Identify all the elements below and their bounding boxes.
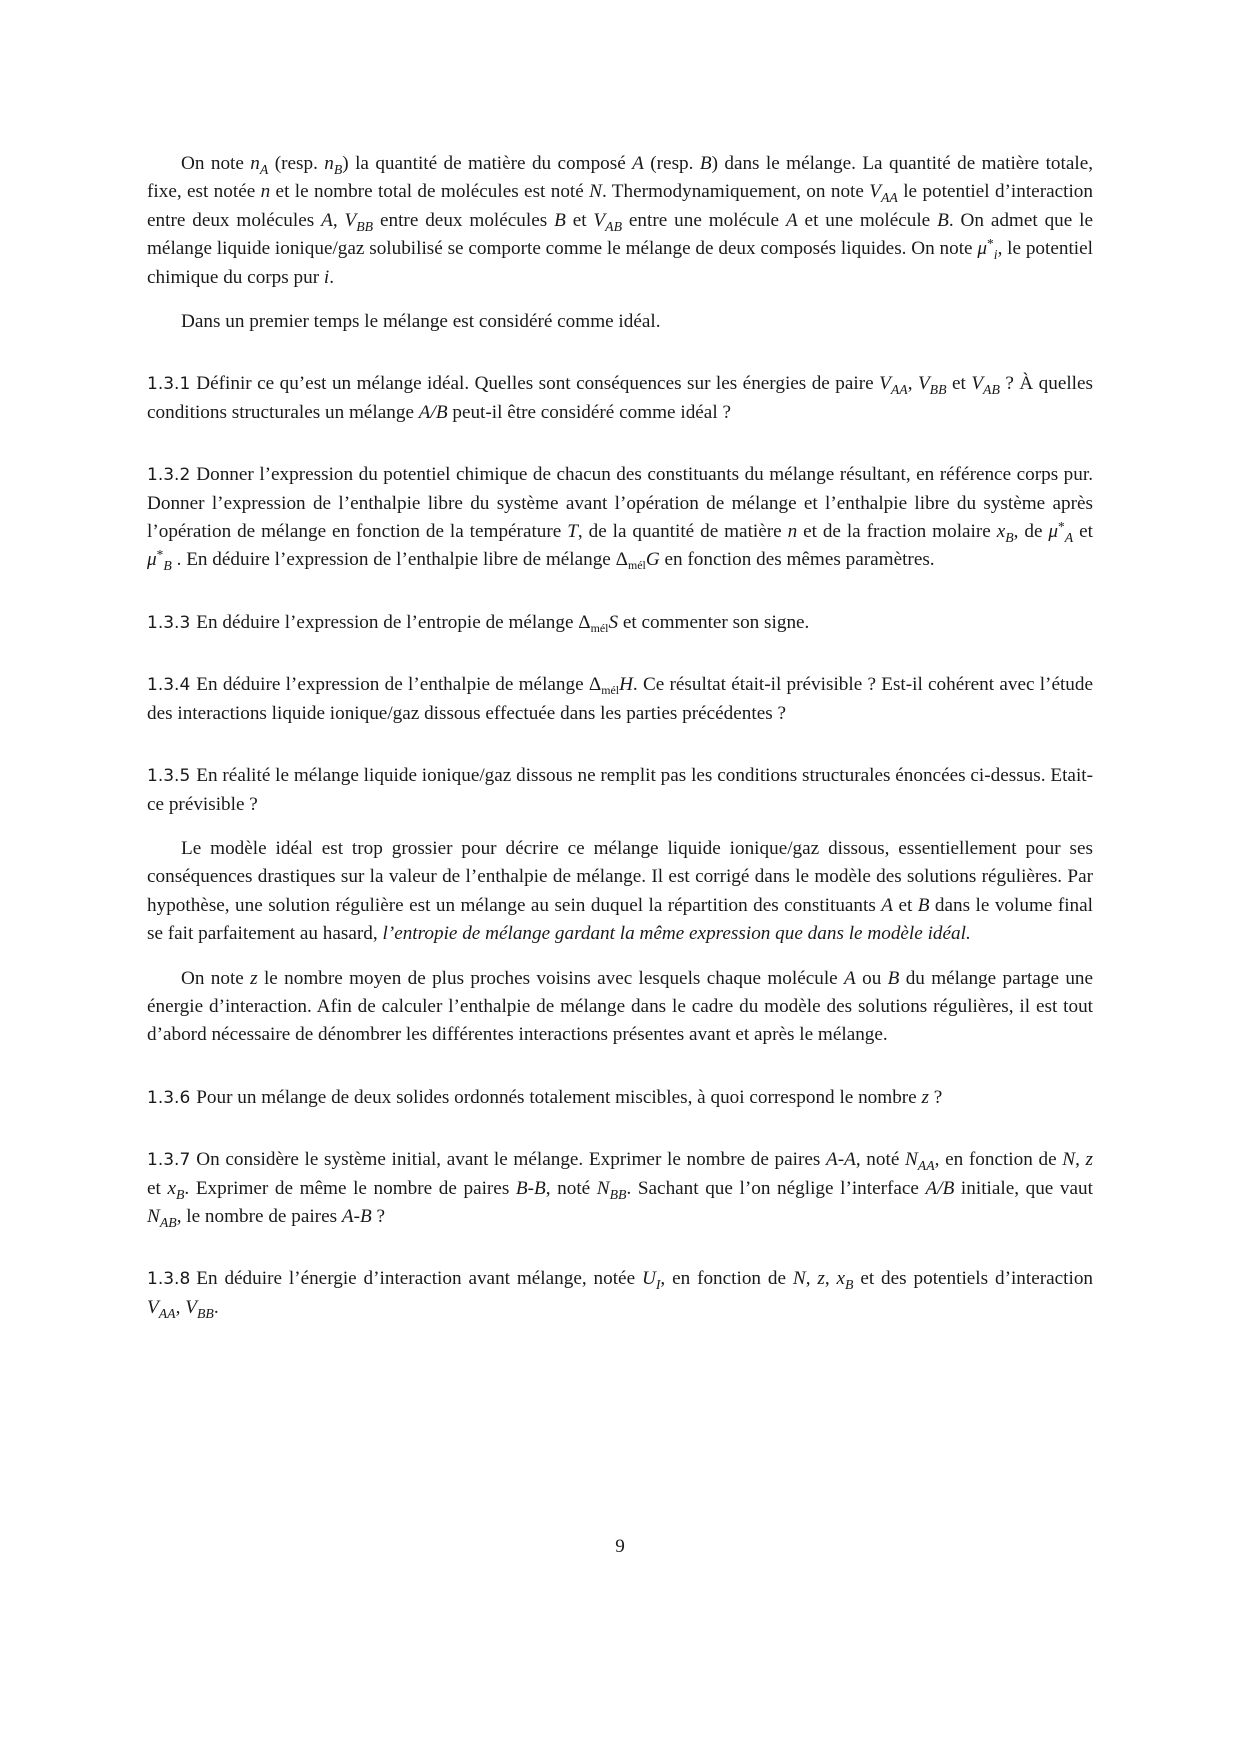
italic-emphasis: l’entropie de mélange gardant la même ex… xyxy=(382,923,970,944)
question-number: 1.3.1 xyxy=(147,374,190,394)
ideal-assumption-paragraph: Dans un premier temps le mélange est con… xyxy=(147,308,1093,336)
question-1-3-8: 1.3.8En déduire l’énergie d’interaction … xyxy=(147,1265,1093,1322)
question-number: 1.3.6 xyxy=(147,1088,190,1108)
question-number: 1.3.8 xyxy=(147,1269,190,1289)
question-number: 1.3.4 xyxy=(147,675,190,695)
question-number: 1.3.5 xyxy=(147,766,190,786)
question-1-3-6: 1.3.6Pour un mélange de deux solides ord… xyxy=(147,1084,1093,1112)
document-page: On note nA (resp. nB) la quantité de mat… xyxy=(147,150,1093,1322)
question-1-3-2: 1.3.2Donner l’expression du potentiel ch… xyxy=(147,461,1093,575)
question-1-3-1: 1.3.1Définir ce qu’est un mélange idéal.… xyxy=(147,370,1093,427)
page-number: 9 xyxy=(0,1536,1240,1558)
question-number: 1.3.3 xyxy=(147,613,190,633)
question-1-3-5: 1.3.5En réalité le mélange liquide ioniq… xyxy=(147,762,1093,819)
question-1-3-4: 1.3.4En déduire l’expression de l’enthal… xyxy=(147,671,1093,728)
question-number: 1.3.7 xyxy=(147,1150,190,1170)
question-1-3-7: 1.3.7On considère le système initial, av… xyxy=(147,1146,1093,1231)
question-number: 1.3.2 xyxy=(147,465,190,485)
neighbors-paragraph: On note z le nombre moyen de plus proche… xyxy=(147,965,1093,1050)
intro-paragraph: On note nA (resp. nB) la quantité de mat… xyxy=(147,150,1093,292)
regular-model-paragraph: Le modèle idéal est trop grossier pour d… xyxy=(147,835,1093,949)
question-1-3-3: 1.3.3En déduire l’expression de l’entrop… xyxy=(147,609,1093,637)
